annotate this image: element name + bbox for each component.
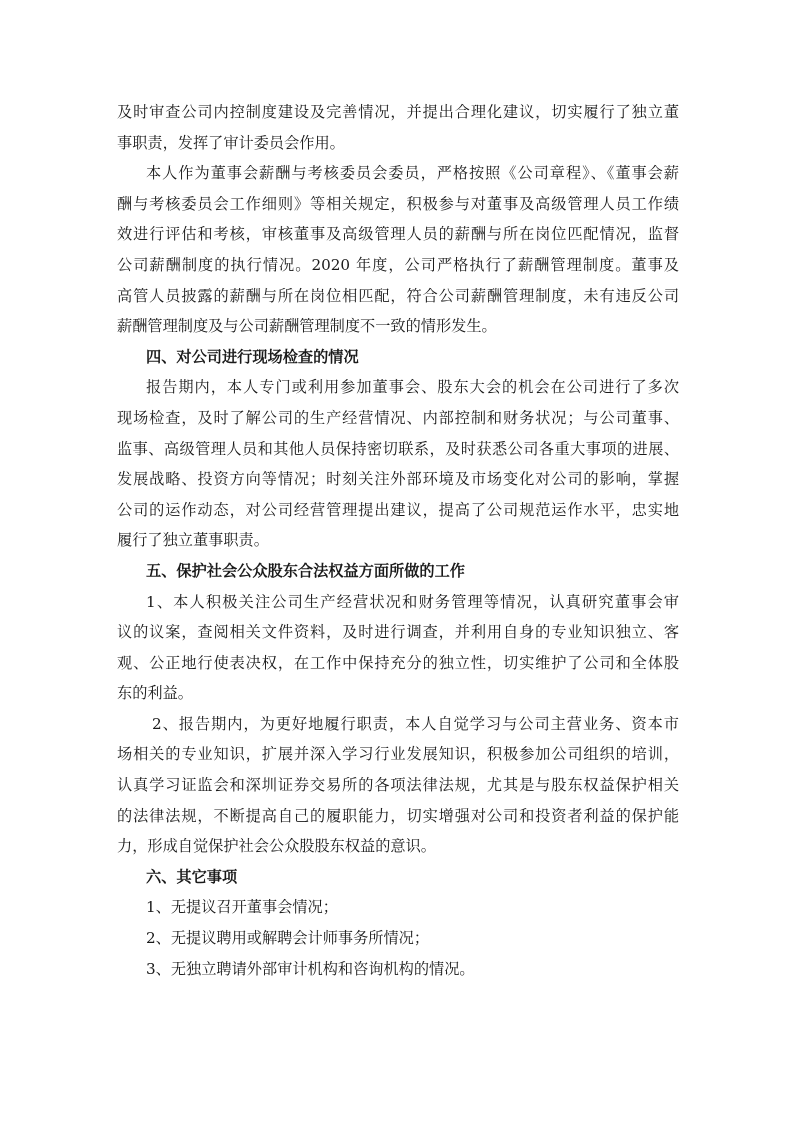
text-line: 酬与考核委员会工作细则》等相关规定，积极参与对董事及高级管理人员工作绩	[117, 189, 679, 220]
text-line: 2、报告期内，为更好地履行职责，本人自觉学习与公司主营业务、资本市	[117, 709, 679, 740]
text-line: 1、本人积极关注公司生产经营状况和财务管理等情况，认真研究董事会审	[117, 587, 679, 618]
text-line: 公司薪酬制度的执行情况。2020 年度，公司严格执行了薪酬管理制度。董事及	[117, 250, 679, 281]
section-heading-4: 四、对公司进行现场检查的情况	[117, 342, 679, 373]
paragraph-compensation-committee: 本人作为董事会薪酬与考核委员会委员，严格按照《公司章程》、《董事会薪 酬与考核委…	[117, 158, 679, 342]
other-matters-list: 1、无提议召开董事会情况； 2、无提议聘用或解聘会计师事务所情况； 3、无独立聘…	[117, 892, 679, 984]
paragraph-shareholder-protection-2: 2、报告期内，为更好地履行职责，本人自觉学习与公司主营业务、资本市 场相关的专业…	[117, 709, 679, 862]
text-line: 报告期内，本人专门或利用参加董事会、股东大会的机会在公司进行了多次	[117, 372, 679, 403]
text-line: 效进行评估和考核，审核董事及高级管理人员的薪酬与所在岗位匹配情况，监督	[117, 219, 679, 250]
text-line: 高管人员披露的薪酬与所在岗位相匹配，符合公司薪酬管理制度，未有违反公司	[117, 281, 679, 312]
text-line: 观、公正地行使表决权，在工作中保持充分的独立性，切实维护了公司和全体股	[117, 648, 679, 679]
paragraph-audit-committee: 及时审查公司内控制度建设及完善情况，并提出合理化建议，切实履行了独立董 事职责，…	[117, 97, 679, 158]
text-line: 发展战略、投资方向等情况；时刻关注外部环境及市场变化对公司的影响，掌握	[117, 464, 679, 495]
text-line: 场相关的专业知识，扩展并深入学习行业发展知识，积极参加公司组织的培训，	[117, 739, 679, 770]
list-item: 2、无提议聘用或解聘会计师事务所情况；	[117, 923, 679, 954]
text-line: 的法律法规，不断提高自己的履职能力，切实增强对公司和投资者利益的保护能	[117, 801, 679, 832]
text-line: 东的利益。	[117, 678, 679, 709]
text-line: 力，形成自觉保护社会公众股股东权益的意识。	[117, 831, 679, 862]
section-heading-5: 五、保护社会公众股东合法权益方面所做的工作	[117, 556, 679, 587]
text-line: 监事、高级管理人员和其他人员保持密切联系，及时获悉公司各重大事项的进展、	[117, 434, 679, 465]
text-line: 事职责，发挥了审计委员会作用。	[117, 128, 679, 159]
text-line: 薪酬管理制度及与公司薪酬管理制度不一致的情形发生。	[117, 311, 679, 342]
section-heading-6: 六、其它事项	[117, 862, 679, 893]
text-line: 认真学习证监会和深圳证券交易所的各项法律法规，尤其是与股东权益保护相关	[117, 770, 679, 801]
paragraph-shareholder-protection-1: 1、本人积极关注公司生产经营状况和财务管理等情况，认真研究董事会审 议的议案，查…	[117, 587, 679, 709]
text-line: 及时审查公司内控制度建设及完善情况，并提出合理化建议，切实履行了独立董	[117, 97, 679, 128]
document-page: 及时审查公司内控制度建设及完善情况，并提出合理化建议，切实履行了独立董 事职责，…	[117, 97, 679, 984]
paragraph-site-inspection: 报告期内，本人专门或利用参加董事会、股东大会的机会在公司进行了多次 现场检查，及…	[117, 372, 679, 556]
text-line: 议的议案，查阅相关文件资料，及时进行调查，并利用自身的专业知识独立、客	[117, 617, 679, 648]
text-line: 本人作为董事会薪酬与考核委员会委员，严格按照《公司章程》、《董事会薪	[117, 158, 679, 189]
list-item: 1、无提议召开董事会情况；	[117, 892, 679, 923]
text-line: 履行了独立董事职责。	[117, 525, 679, 556]
text-line: 现场检查，及时了解公司的生产经营情况、内部控制和财务状况；与公司董事、	[117, 403, 679, 434]
list-item: 3、无独立聘请外部审计机构和咨询机构的情况。	[117, 954, 679, 985]
text-line: 公司的运作动态，对公司经营管理提出建议，提高了公司规范运作水平，忠实地	[117, 495, 679, 526]
